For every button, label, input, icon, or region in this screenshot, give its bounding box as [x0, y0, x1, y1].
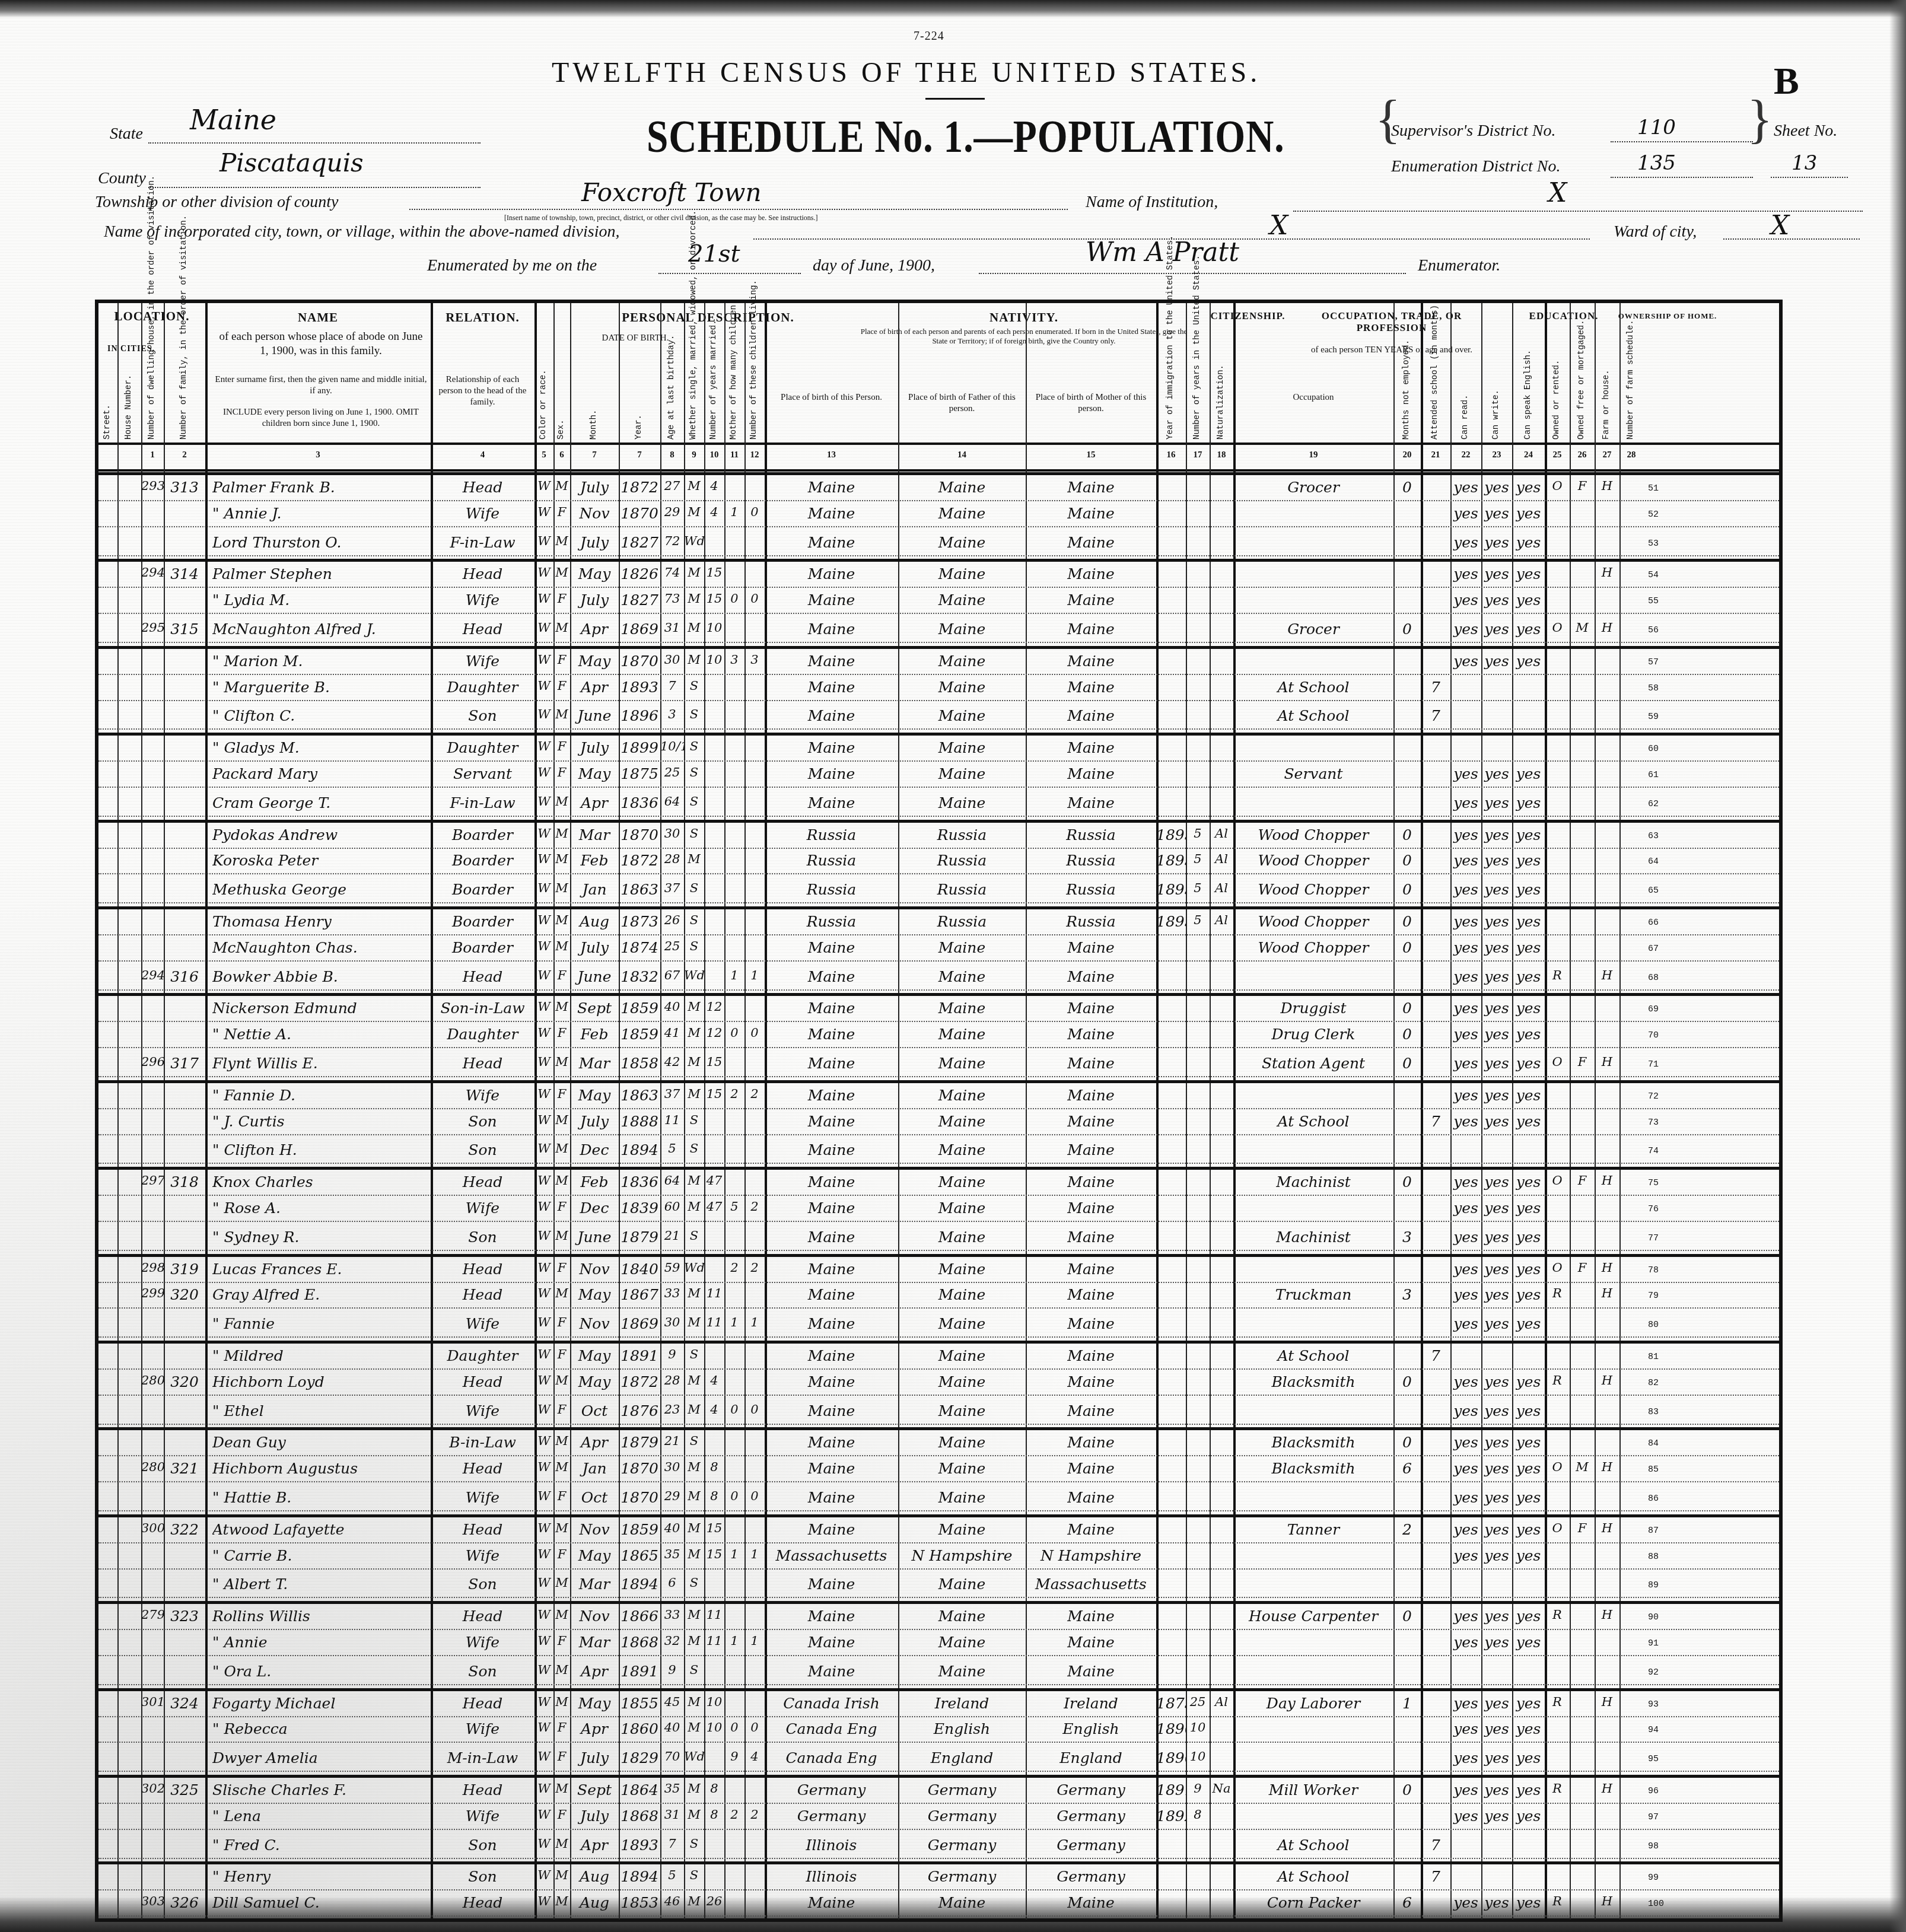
cell-year: 1860: [619, 1720, 660, 1737]
cell-name: Dwyer Amelia: [212, 1749, 431, 1767]
cell-fb: Maine: [898, 1402, 1026, 1419]
cell-yrs: 5: [1186, 913, 1210, 927]
cell-age: 46: [660, 1894, 684, 1908]
line-number: 80: [1648, 1320, 1659, 1330]
cell-ym: 47: [704, 1173, 724, 1188]
cell-ym: 10: [704, 653, 724, 667]
cell-ms: M: [684, 1521, 704, 1535]
cell-name: Cram George T.: [212, 794, 431, 811]
city-value: X: [1269, 211, 1288, 241]
cell-rel: Wife: [431, 505, 534, 522]
cell-month: Apr: [570, 679, 619, 696]
cell-write: yes: [1481, 1402, 1512, 1419]
cell-write: yes: [1481, 1228, 1512, 1246]
column-label: Occupation: [1236, 392, 1390, 403]
cell-nat: Al: [1210, 826, 1233, 841]
cell-read: yes: [1450, 968, 1481, 985]
township-value: Foxcroft Town: [581, 178, 762, 207]
row-rule: [98, 902, 1779, 903]
column-label: Months not employed.: [1402, 345, 1411, 440]
cell-rel: Son: [431, 1575, 534, 1593]
cell-sex: M: [553, 1521, 570, 1535]
cell-dw: 297: [141, 1173, 164, 1188]
cell-read: yes: [1450, 479, 1481, 496]
cell-fh: H: [1595, 565, 1619, 580]
cell-mne: 0: [1393, 1000, 1421, 1017]
cell-write: yes: [1481, 1199, 1512, 1217]
census-row: " Clifton C.SonWMJune18963SMaineMaineMai…: [98, 704, 1779, 730]
cell-imm: 1895: [1156, 826, 1186, 844]
cell-occ: At School: [1233, 1868, 1393, 1885]
cell-rel: Head: [431, 565, 534, 583]
cell-pb: Maine: [765, 1608, 898, 1625]
cell-fb: Germany: [898, 1836, 1026, 1854]
cell-ms: Wd: [684, 534, 704, 548]
cell-ms: M: [684, 1781, 704, 1796]
cell-eng: yes: [1512, 1807, 1545, 1825]
cell-free: F: [1570, 1261, 1595, 1275]
cell-imm: 1895: [1156, 852, 1186, 869]
cell-sex: M: [553, 1894, 570, 1908]
relation-header: RELATION.: [431, 310, 534, 325]
enumeration-district-line: [1611, 177, 1753, 178]
column-number: 17: [1186, 450, 1210, 460]
cell-ms: M: [684, 1547, 704, 1561]
cell-ym: 4: [704, 479, 724, 493]
cell-mb: Maine: [1026, 939, 1156, 956]
column-label: Color or race.: [539, 345, 548, 440]
cell-yrs: 5: [1186, 852, 1210, 866]
cell-fam: 322: [164, 1521, 205, 1538]
cell-occ: Machinist: [1233, 1228, 1393, 1246]
cell-sex: M: [553, 1373, 570, 1387]
cell-pb: Maine: [765, 505, 898, 522]
cell-cl: 1: [744, 968, 765, 982]
census-row: " RebeccaWifeWFApr186040M1000Canada EngE…: [98, 1717, 1779, 1743]
cell-read: yes: [1450, 1695, 1481, 1712]
line-number: 60: [1648, 744, 1659, 754]
cell-pb: Canada Eng: [765, 1749, 898, 1767]
cell-sch: 7: [1421, 707, 1450, 724]
census-row: Thomasa HenryBoarderWMAug187326SRussiaRu…: [98, 906, 1779, 935]
cell-ym: 15: [704, 1521, 724, 1535]
cell-read: yes: [1450, 1434, 1481, 1451]
cell-age: 35: [660, 1547, 684, 1561]
cell-mc: 1: [724, 1315, 744, 1329]
cell-mc: 3: [724, 653, 744, 667]
line-number: 92: [1648, 1667, 1659, 1678]
cell-year: 1855: [619, 1695, 660, 1712]
cell-mne: 0: [1393, 1026, 1421, 1043]
cell-ms: S: [684, 765, 704, 779]
cell-race: W: [534, 1347, 553, 1361]
cell-name: " J. Curtis: [212, 1113, 431, 1130]
cell-year: 1894: [619, 1575, 660, 1593]
cell-race: W: [534, 479, 553, 493]
cell-fb: Russia: [898, 881, 1026, 898]
cell-name: " Ora L.: [212, 1663, 431, 1680]
cell-occ: House Carpenter: [1233, 1608, 1393, 1625]
cell-eng: yes: [1512, 1402, 1545, 1419]
cell-write: yes: [1481, 1026, 1512, 1043]
cell-pb: Maine: [765, 1402, 898, 1419]
cell-age: 30: [660, 653, 684, 667]
cell-occ: Wood Chopper: [1233, 852, 1393, 869]
cell-read: yes: [1450, 1087, 1481, 1104]
cell-ms: S: [684, 939, 704, 953]
census-row: " Annie J.WifeWFNov187029M410MaineMaineM…: [98, 501, 1779, 527]
census-row: " Nettie A.DaughterWFFeb185941M1200Maine…: [98, 1022, 1779, 1048]
cell-month: June: [570, 707, 619, 724]
cell-name: " Fred C.: [212, 1836, 431, 1854]
cell-eng: yes: [1512, 1434, 1545, 1451]
cell-month: Nov: [570, 1608, 619, 1625]
column-label: Place of birth of this Person.: [768, 392, 895, 403]
cell-mb: Russia: [1026, 826, 1156, 844]
cell-name: " Hattie B.: [212, 1489, 431, 1506]
cell-mb: Maine: [1026, 1315, 1156, 1332]
institution-label: Name of Institution,: [1086, 193, 1218, 212]
cell-write: yes: [1481, 826, 1512, 844]
cell-fb: Maine: [898, 679, 1026, 696]
cell-mb: Maine: [1026, 1261, 1156, 1278]
cell-year: 1868: [619, 1807, 660, 1825]
cell-fam: 318: [164, 1173, 205, 1191]
census-row: 280321Hichborn AugustusHeadWMJan187030M8…: [98, 1456, 1779, 1482]
cell-mb: Maine: [1026, 707, 1156, 724]
cell-sex: M: [553, 939, 570, 953]
cell-month: Nov: [570, 1521, 619, 1538]
census-row: 293313Palmer Frank B.HeadWMJuly187227M4M…: [98, 472, 1779, 501]
column-label: Month.: [589, 345, 599, 440]
row-rule: [98, 526, 1779, 527]
cell-yrs: 10: [1186, 1720, 1210, 1734]
cell-sex: F: [553, 1749, 570, 1764]
cell-yrs: 8: [1186, 1807, 1210, 1822]
cell-sex: F: [553, 739, 570, 753]
cell-eng: yes: [1512, 939, 1545, 956]
cell-occ: Blacksmith: [1233, 1373, 1393, 1390]
column-number: 20: [1393, 450, 1421, 460]
cell-age: 30: [660, 826, 684, 841]
column-number: 3: [205, 450, 431, 460]
cell-mb: Maine: [1026, 1141, 1156, 1158]
cell-fb: Maine: [898, 1228, 1026, 1246]
cell-eng: yes: [1512, 565, 1545, 583]
cell-pb: Maine: [765, 1055, 898, 1072]
supervisor-district-label: Supervisor's District No.: [1391, 122, 1555, 141]
cell-write: yes: [1481, 1286, 1512, 1303]
cell-fh: H: [1595, 620, 1619, 635]
cell-mc: 2: [724, 1261, 744, 1275]
cell-age: 59: [660, 1261, 684, 1275]
cell-fb: Ireland: [898, 1695, 1026, 1712]
row-rule: [98, 728, 1779, 730]
cell-cl: 0: [744, 591, 765, 606]
cell-ym: 12: [704, 1026, 724, 1040]
cell-age: 64: [660, 1173, 684, 1188]
census-row: 303326Dill Samuel C.HeadWMAug185346M26Ma…: [98, 1890, 1779, 1917]
cell-race: W: [534, 565, 553, 580]
cell-year: 1899: [619, 739, 660, 756]
cell-race: W: [534, 1894, 553, 1908]
cell-race: W: [534, 1141, 553, 1156]
cell-mc: 1: [724, 968, 744, 982]
cell-read: yes: [1450, 1402, 1481, 1419]
cell-month: May: [570, 1087, 619, 1104]
cell-fam: 315: [164, 620, 205, 638]
cell-dw: 298: [141, 1261, 164, 1275]
cell-eng: yes: [1512, 1113, 1545, 1130]
cell-rel: Son: [431, 1663, 534, 1680]
column-label: Place of birth of Mother of this person.: [1029, 392, 1153, 415]
cell-mb: Maine: [1026, 1460, 1156, 1477]
cell-sex: F: [553, 1807, 570, 1822]
line-number: 82: [1648, 1378, 1659, 1388]
census-row: " Hattie B.WifeWFOct187029M800MaineMaine…: [98, 1485, 1779, 1511]
cell-eng: yes: [1512, 1286, 1545, 1303]
cell-fb: Maine: [898, 1460, 1026, 1477]
cell-age: 5: [660, 1868, 684, 1882]
cell-ym: 8: [704, 1807, 724, 1822]
census-page: 7-224 TWELFTH CENSUS OF THE UNITED STATE…: [0, 0, 1906, 1932]
cell-mb: Maine: [1026, 534, 1156, 551]
cell-age: 33: [660, 1608, 684, 1622]
cell-fb: Maine: [898, 1894, 1026, 1911]
cell-fb: Maine: [898, 1000, 1026, 1017]
cell-ms: S: [684, 1347, 704, 1361]
column-label: Number of years married.: [709, 345, 718, 440]
cell-age: 72: [660, 534, 684, 548]
cell-rel: Wife: [431, 1547, 534, 1564]
cell-month: Sept: [570, 1000, 619, 1017]
cell-month: Apr: [570, 794, 619, 811]
cell-age: 23: [660, 1402, 684, 1417]
cell-write: yes: [1481, 1261, 1512, 1278]
cell-ms: M: [684, 1402, 704, 1417]
cell-rel: Son: [431, 1228, 534, 1246]
cell-name: " Marion M.: [212, 653, 431, 670]
census-row: 298319Lucas Frances E.HeadWFNov184059Wd2…: [98, 1254, 1779, 1283]
cell-fh: H: [1595, 1521, 1619, 1535]
cell-free: M: [1570, 620, 1595, 635]
cell-own: O: [1545, 479, 1570, 493]
cell-ym: 15: [704, 1087, 724, 1101]
census-row: Cram George T.F-in-LawWMApr183664SMaineM…: [98, 791, 1779, 817]
cell-mb: Maine: [1026, 1608, 1156, 1625]
column-number: 2: [164, 450, 205, 460]
cell-ms: M: [684, 1087, 704, 1101]
scan-edge-right: [1889, 0, 1906, 1932]
title-rule: [925, 98, 985, 100]
cell-read: yes: [1450, 1547, 1481, 1564]
column-number: 1: [141, 450, 164, 460]
cell-cl: 1: [744, 1315, 765, 1329]
cell-occ: Wood Chopper: [1233, 939, 1393, 956]
cell-dw: 299: [141, 1286, 164, 1300]
cell-write: yes: [1481, 852, 1512, 869]
cell-ym: 4: [704, 505, 724, 519]
cell-pb: Maine: [765, 739, 898, 756]
cell-name: " Nettie A.: [212, 1026, 431, 1043]
cell-write: yes: [1481, 620, 1512, 638]
cell-fam: 313: [164, 479, 205, 496]
cell-year: 1876: [619, 1402, 660, 1419]
cell-free: M: [1570, 1460, 1595, 1474]
cell-read: yes: [1450, 1199, 1481, 1217]
column-number: 9: [684, 450, 704, 460]
cell-ms: S: [684, 707, 704, 721]
cell-race: W: [534, 794, 553, 809]
cell-fb: Russia: [898, 913, 1026, 930]
cell-mb: Maine: [1026, 1173, 1156, 1191]
cell-pb: Maine: [765, 1000, 898, 1017]
cell-occ: At School: [1233, 679, 1393, 696]
cell-write: yes: [1481, 534, 1512, 551]
cell-race: W: [534, 1663, 553, 1677]
cell-age: 26: [660, 913, 684, 927]
header-divider: [98, 443, 1779, 445]
cell-name: Lord Thurston O.: [212, 534, 431, 551]
cell-ms: M: [684, 852, 704, 866]
cell-sex: F: [553, 1489, 570, 1503]
cell-year: 1891: [619, 1347, 660, 1364]
census-row: " Gladys M.DaughterWFJuly189910/12SMaine…: [98, 733, 1779, 762]
cell-occ: Day Laborer: [1233, 1695, 1393, 1712]
census-row: " Sydney R.SonWMJune187921SMaineMaineMai…: [98, 1225, 1779, 1251]
cell-imm: 1892: [1156, 1807, 1186, 1825]
cell-year: 1864: [619, 1781, 660, 1799]
cell-imm: 1890: [1156, 1749, 1186, 1767]
column-number: 10: [704, 450, 724, 460]
cell-pb: Maine: [765, 620, 898, 638]
line-number: 91: [1648, 1638, 1659, 1648]
cell-eng: yes: [1512, 1781, 1545, 1799]
cell-mc: 1: [724, 1634, 744, 1648]
cell-race: W: [534, 1749, 553, 1764]
column-number: 21: [1421, 450, 1450, 460]
row-rule: [98, 960, 1779, 962]
cell-eng: yes: [1512, 1261, 1545, 1278]
cell-occ: At School: [1233, 1113, 1393, 1130]
cell-year: 1859: [619, 1521, 660, 1538]
column-label: Number of family, in the order of visita…: [179, 345, 189, 440]
cell-mc: 0: [724, 591, 744, 606]
cell-rel: Son: [431, 1868, 534, 1885]
cell-rel: B-in-Law: [431, 1434, 534, 1451]
cell-age: 30: [660, 1315, 684, 1329]
cell-fb: Maine: [898, 1173, 1026, 1191]
cell-eng: yes: [1512, 826, 1545, 844]
row-rule: [98, 1742, 1779, 1743]
cell-occ: Mill Worker: [1233, 1781, 1393, 1799]
cell-sex: M: [553, 1000, 570, 1014]
cell-year: 1829: [619, 1749, 660, 1767]
cell-year: 1870: [619, 1460, 660, 1477]
cell-name: " Clifton H.: [212, 1141, 431, 1158]
cell-age: 37: [660, 881, 684, 895]
cell-fb: Russia: [898, 852, 1026, 869]
cell-race: W: [534, 1521, 553, 1535]
cell-eng: yes: [1512, 968, 1545, 985]
cell-ms: M: [684, 1695, 704, 1709]
cell-read: yes: [1450, 1608, 1481, 1625]
cell-race: W: [534, 1460, 553, 1474]
cell-cl: 0: [744, 1402, 765, 1417]
row-rule: [98, 1395, 1779, 1396]
cell-age: 73: [660, 591, 684, 606]
column-label: Mother of how many children.: [729, 345, 739, 440]
cell-write: yes: [1481, 505, 1512, 522]
line-number: 74: [1648, 1146, 1659, 1156]
cell-write: yes: [1481, 1087, 1512, 1104]
cell-sex: M: [553, 565, 570, 580]
cell-write: yes: [1481, 1460, 1512, 1477]
cell-occ: At School: [1233, 1836, 1393, 1854]
census-row: " J. CurtisSonWMJuly188811SMaineMaineMai…: [98, 1109, 1779, 1135]
cell-sex: F: [553, 1634, 570, 1648]
cell-read: yes: [1450, 1173, 1481, 1191]
row-rule: [98, 1655, 1779, 1656]
cell-pb: Maine: [765, 534, 898, 551]
cell-mne: 0: [1393, 1434, 1421, 1451]
cell-ym: 10: [704, 620, 724, 635]
cell-ym: 15: [704, 1547, 724, 1561]
cell-fh: H: [1595, 479, 1619, 493]
cell-race: W: [534, 1434, 553, 1448]
cell-fam: 321: [164, 1460, 205, 1477]
cell-race: W: [534, 707, 553, 721]
cell-eng: yes: [1512, 1634, 1545, 1651]
cell-rel: Head: [431, 1608, 534, 1625]
cell-cl: 0: [744, 1720, 765, 1734]
cell-race: W: [534, 939, 553, 953]
row-rule: [98, 1221, 1779, 1222]
cell-eng: yes: [1512, 534, 1545, 551]
sheet-letter: B: [1774, 59, 1799, 103]
cell-fb: Maine: [898, 565, 1026, 583]
cell-ym: 26: [704, 1894, 724, 1908]
line-number: 75: [1648, 1178, 1659, 1188]
cell-rel: Daughter: [431, 1026, 534, 1043]
cell-eng: yes: [1512, 479, 1545, 496]
cell-fb: Maine: [898, 939, 1026, 956]
cell-fb: Maine: [898, 1141, 1026, 1158]
cell-read: yes: [1450, 1749, 1481, 1767]
cell-race: W: [534, 1000, 553, 1014]
cell-own: R: [1545, 1894, 1570, 1908]
state-value: Maine: [190, 104, 276, 136]
enumerated-day-line: [658, 273, 801, 274]
cell-year: 1875: [619, 765, 660, 782]
cell-age: 10/12: [660, 739, 684, 753]
cell-pb: Maine: [765, 1141, 898, 1158]
cell-fam: 325: [164, 1781, 205, 1799]
cell-name: Hichborn Loyd: [212, 1373, 431, 1390]
cell-read: yes: [1450, 939, 1481, 956]
cell-occ: Wood Chopper: [1233, 913, 1393, 930]
cell-mb: England: [1026, 1749, 1156, 1767]
cell-rel: Son-in-Law: [431, 1000, 534, 1017]
personal-description-header: PERSONAL DESCRIPTION.: [534, 310, 882, 325]
cell-eng: yes: [1512, 1026, 1545, 1043]
cell-name: Methuska George: [212, 881, 431, 898]
cell-year: 1865: [619, 1547, 660, 1564]
cell-year: 1826: [619, 565, 660, 583]
cell-fb: Maine: [898, 1087, 1026, 1104]
cell-eng: yes: [1512, 765, 1545, 782]
census-row: Methuska GeorgeBoarderWMJan186337SRussia…: [98, 877, 1779, 903]
